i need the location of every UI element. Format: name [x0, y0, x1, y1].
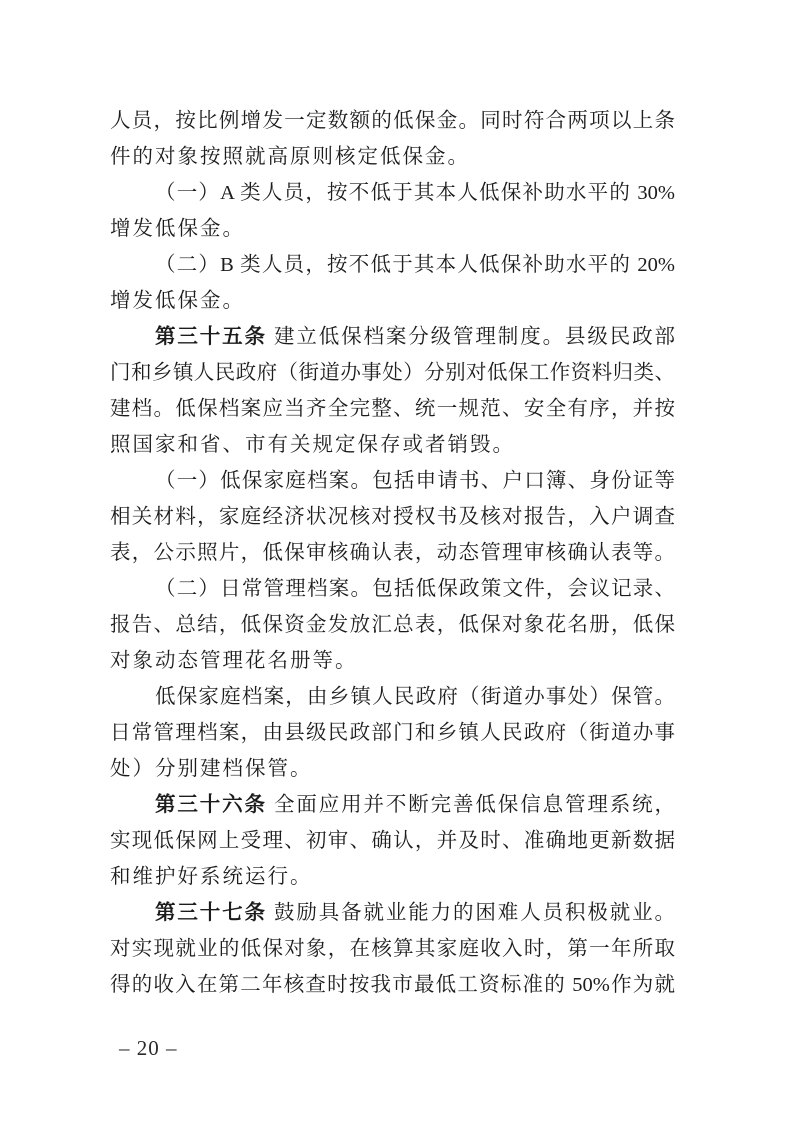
- text-line: 表，公示照片，低保审核确认表，动态管理审核确认表等。: [110, 535, 675, 571]
- line-text: 对象动态管理花名册等。: [110, 650, 358, 672]
- line-text: 表，公示照片，低保审核确认表，动态管理审核确认表等。: [110, 542, 675, 564]
- text-line: 第三十六条 全面应用并不断完善低保信息管理系统，: [110, 787, 675, 823]
- line-text: 对实现就业的低保对象，在核算其家庭收入时，第一年所取: [110, 938, 675, 960]
- line-text: 人员，按比例增发一定数额的低保金。同时符合两项以上条: [110, 110, 675, 132]
- article-number: 第三十六条: [155, 794, 267, 816]
- text-line: 处）分别建档保管。: [110, 751, 675, 787]
- text-line: 照国家和省、市有关规定保存或者销毁。: [110, 427, 675, 463]
- document-page: 人员，按比例增发一定数额的低保金。同时符合两项以上条 件的对象按照就高原则核定低…: [0, 0, 793, 1122]
- text-line: 增发低保金。: [110, 283, 675, 319]
- line-text: 增发低保金。: [110, 290, 245, 312]
- text-line: （二）日常管理档案。包括低保政策文件，会议记录、: [110, 571, 675, 607]
- text-line: （一）A 类人员，按不低于其本人低保补助水平的 30%: [110, 175, 675, 211]
- line-text: 低保家庭档案，由乡镇人民政府（街道办事处）保管。: [155, 686, 675, 708]
- line-text: 报告、总结，低保资金发放汇总表，低保对象花名册，低保: [110, 614, 675, 636]
- line-text: 处）分别建档保管。: [110, 758, 313, 780]
- page-number-text: – 20 –: [119, 1036, 178, 1060]
- text-line: 日常管理档案，由县级民政部门和乡镇人民政府（街道办事: [110, 715, 675, 751]
- text-line: 第三十五条 建立低保档案分级管理制度。县级民政部: [110, 319, 675, 355]
- text-line: 建档。低保档案应当齐全完整、统一规范、安全有序，并按: [110, 391, 675, 427]
- text-line: 增发低保金。: [110, 211, 675, 247]
- line-text: （二）B 类人员，按不低于其本人低保补助水平的 20%: [155, 254, 675, 276]
- line-text: 门和乡镇人民政府（街道办事处）分别对低保工作资料归类、: [110, 362, 675, 384]
- line-text: （二）日常管理档案。包括低保政策文件，会议记录、: [155, 578, 675, 600]
- text-line: 对象动态管理花名册等。: [110, 643, 675, 679]
- text-line: 和维护好系统运行。: [110, 859, 675, 895]
- line-text: （一）A 类人员，按不低于其本人低保补助水平的 30%: [155, 182, 675, 204]
- line-text: 实现低保网上受理、初审、确认，并及时、准确地更新数据: [110, 830, 675, 852]
- line-text: 和维护好系统运行。: [110, 866, 313, 888]
- line-text: 增发低保金。: [110, 218, 245, 240]
- line-text: 得的收入在第二年核查时按我市最低工资标准的 50%作为就: [110, 974, 675, 996]
- text-line: 低保家庭档案，由乡镇人民政府（街道办事处）保管。: [110, 679, 675, 715]
- text-line: 件的对象按照就高原则核定低保金。: [110, 139, 675, 175]
- text-line: 得的收入在第二年核查时按我市最低工资标准的 50%作为就: [110, 967, 675, 1003]
- text-line: 相关材料，家庭经济状况核对授权书及核对报告，入户调查: [110, 499, 675, 535]
- page-number: – 20 –: [119, 1036, 178, 1061]
- text-line: 门和乡镇人民政府（街道办事处）分别对低保工作资料归类、: [110, 355, 675, 391]
- text-line: （二）B 类人员，按不低于其本人低保补助水平的 20%: [110, 247, 675, 283]
- line-text: 件的对象按照就高原则核定低保金。: [110, 146, 470, 168]
- text-line: 第三十七条 鼓励具备就业能力的困难人员积极就业。: [110, 895, 675, 931]
- article-number: 第三十七条: [155, 902, 267, 924]
- text-line: 人员，按比例增发一定数额的低保金。同时符合两项以上条: [110, 103, 675, 139]
- text-line: 报告、总结，低保资金发放汇总表，低保对象花名册，低保: [110, 607, 675, 643]
- line-text: 照国家和省、市有关规定保存或者销毁。: [110, 434, 515, 456]
- text-line: 对实现就业的低保对象，在核算其家庭收入时，第一年所取: [110, 931, 675, 967]
- text-line: 实现低保网上受理、初审、确认，并及时、准确地更新数据: [110, 823, 675, 859]
- line-text: 全面应用并不断完善低保信息管理系统，: [267, 794, 675, 816]
- line-text: 日常管理档案，由县级民政部门和乡镇人民政府（街道办事: [110, 722, 675, 744]
- line-text: 建档。低保档案应当齐全完整、统一规范、安全有序，并按: [110, 398, 675, 420]
- line-text: 相关材料，家庭经济状况核对授权书及核对报告，入户调查: [110, 506, 675, 528]
- line-text: （一）低保家庭档案。包括申请书、户口簿、身份证等: [155, 470, 675, 492]
- article-number: 第三十五条: [155, 326, 267, 348]
- text-line: （一）低保家庭档案。包括申请书、户口簿、身份证等: [110, 463, 675, 499]
- line-text: 鼓励具备就业能力的困难人员积极就业。: [267, 902, 675, 924]
- text-block: 人员，按比例增发一定数额的低保金。同时符合两项以上条 件的对象按照就高原则核定低…: [110, 103, 675, 1003]
- line-text: 建立低保档案分级管理制度。县级民政部: [267, 326, 675, 348]
